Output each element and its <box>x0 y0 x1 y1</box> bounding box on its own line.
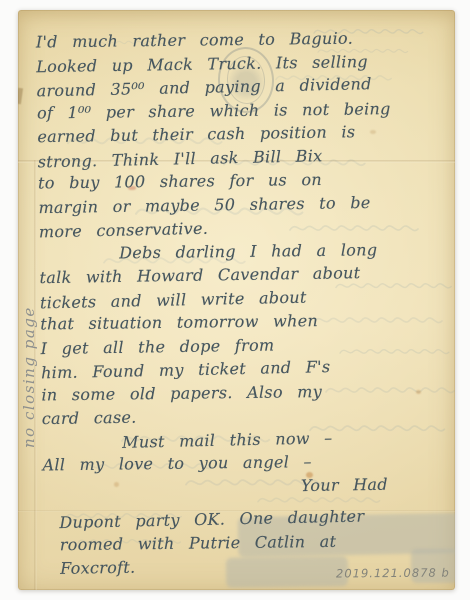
letter-line: roomed with Putrie Catlin at <box>60 528 448 556</box>
letter-paper: no closing page I'd much rather come to … <box>18 10 455 590</box>
letter-line: in some old papers. Also my <box>41 378 445 406</box>
letter-line: that situation tomorrow when <box>40 308 444 336</box>
letter-line: to buy 100 shares for us on <box>38 167 442 195</box>
letter-line: Debs darling I had a long <box>119 237 443 264</box>
letter-body: I'd much rather come to Baguio.Looked up… <box>36 25 449 581</box>
letter-line: All my love to you angel – <box>42 449 446 477</box>
scanned-letter-page: no closing page I'd much rather come to … <box>0 0 470 600</box>
letter-line: Your Had <box>301 471 447 497</box>
letter-line: of 1⁰⁰ per share which is not being <box>37 96 441 124</box>
letter-line: I'd much rather come to Baguio. <box>36 26 440 54</box>
accession-number: 2019.121.0878 b <box>336 566 450 581</box>
